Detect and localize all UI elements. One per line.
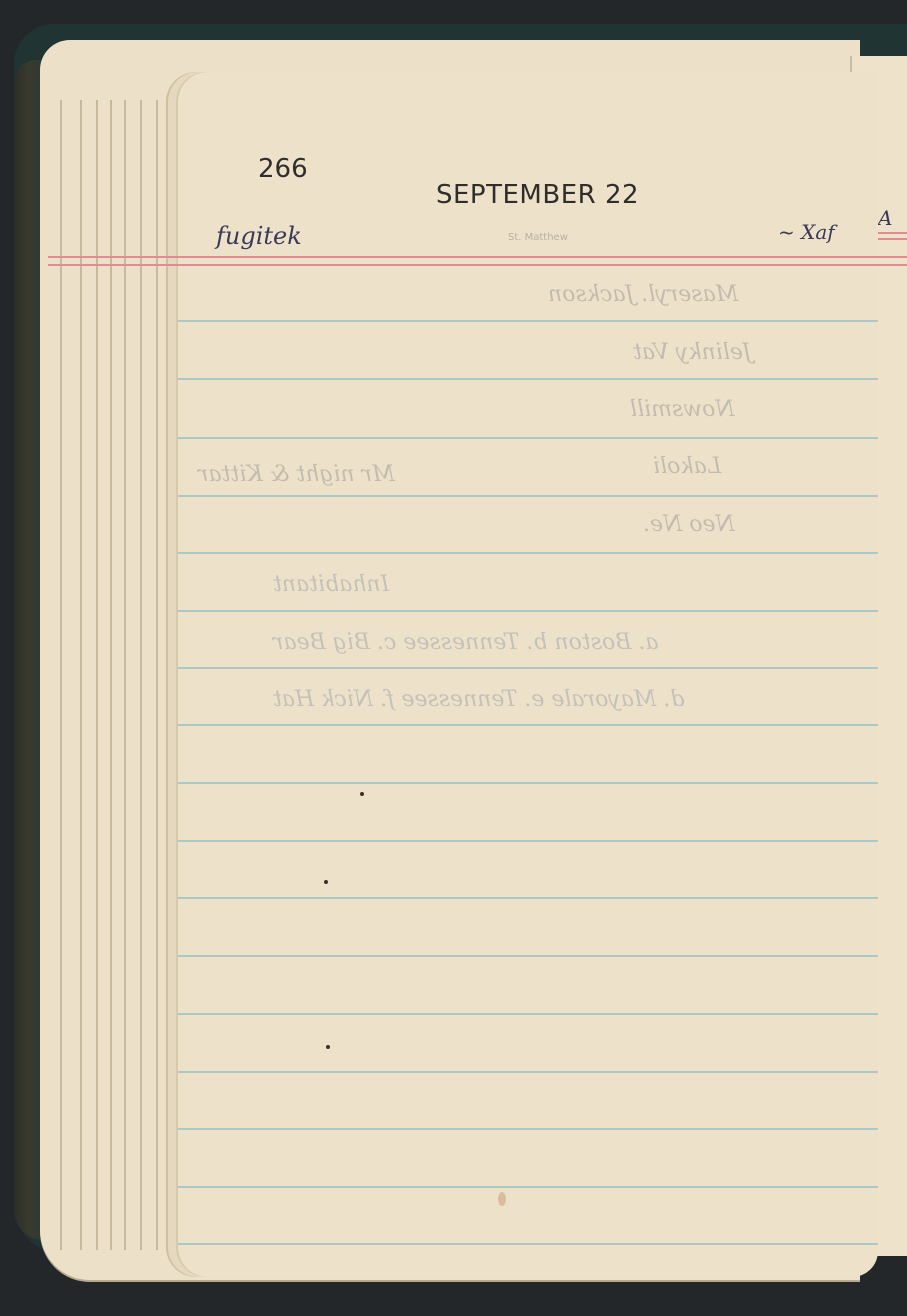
paper-stain bbox=[498, 1192, 506, 1206]
page-edge bbox=[124, 100, 126, 1250]
bleed-through-text: Lakoli bbox=[653, 454, 721, 479]
page-edge bbox=[96, 100, 98, 1250]
ruled-line bbox=[178, 552, 878, 554]
ruled-line bbox=[178, 610, 878, 612]
next-page-handwriting: A bbox=[878, 206, 892, 230]
page-edge bbox=[60, 100, 62, 1250]
bleed-through-text: Maseryl. Jackson bbox=[548, 282, 738, 307]
ink-speck bbox=[360, 792, 364, 796]
ink-speck bbox=[326, 1045, 330, 1049]
ruled-line bbox=[178, 782, 878, 784]
ruled-line bbox=[178, 437, 878, 439]
ink-speck bbox=[324, 880, 328, 884]
diary-page: 266 SEPTEMBER 22 St. Matthew fugitek ~ X… bbox=[178, 72, 878, 1277]
ruled-line bbox=[178, 724, 878, 726]
bleed-through-text: Jelinky Vat bbox=[633, 340, 752, 365]
bleed-through-text: Inhabitant bbox=[273, 572, 389, 597]
ruled-line bbox=[178, 667, 878, 669]
page-number: 266 bbox=[258, 154, 308, 184]
ruled-line bbox=[178, 840, 878, 842]
ruled-line bbox=[178, 1128, 878, 1130]
page-edge bbox=[140, 100, 142, 1250]
date-heading: SEPTEMBER 22 bbox=[436, 180, 639, 210]
bleed-through-text: Nowsmill bbox=[630, 397, 735, 422]
ruled-line bbox=[178, 1186, 878, 1188]
bleed-through-text: d. Mayorale e. Tennessee f. Nick Hat bbox=[273, 687, 684, 712]
red-margin-line bbox=[48, 264, 907, 266]
bleed-through-text: Neo Ne. bbox=[643, 512, 735, 537]
page-edge bbox=[156, 100, 158, 1250]
page-edge bbox=[110, 100, 112, 1250]
saint-day-label: St. Matthew bbox=[508, 232, 568, 243]
ruled-line bbox=[178, 320, 878, 322]
red-margin-line bbox=[48, 256, 907, 258]
ruled-line bbox=[178, 378, 878, 380]
handwritten-note-top-left: fugitek bbox=[216, 222, 302, 250]
bleed-through-text: a. Boston b. Tennessee c. Big Bear bbox=[273, 630, 658, 655]
ruled-line bbox=[178, 1071, 878, 1073]
ruled-line bbox=[178, 1243, 878, 1245]
ruled-line bbox=[178, 495, 878, 497]
ruled-line bbox=[178, 897, 878, 899]
handwritten-note-top-right: ~ Xaf bbox=[778, 220, 835, 244]
bleed-through-text: Mr night & Kittar bbox=[198, 462, 395, 487]
page-edge bbox=[80, 100, 82, 1250]
ruled-line bbox=[178, 955, 878, 957]
ruled-line bbox=[178, 1013, 878, 1015]
